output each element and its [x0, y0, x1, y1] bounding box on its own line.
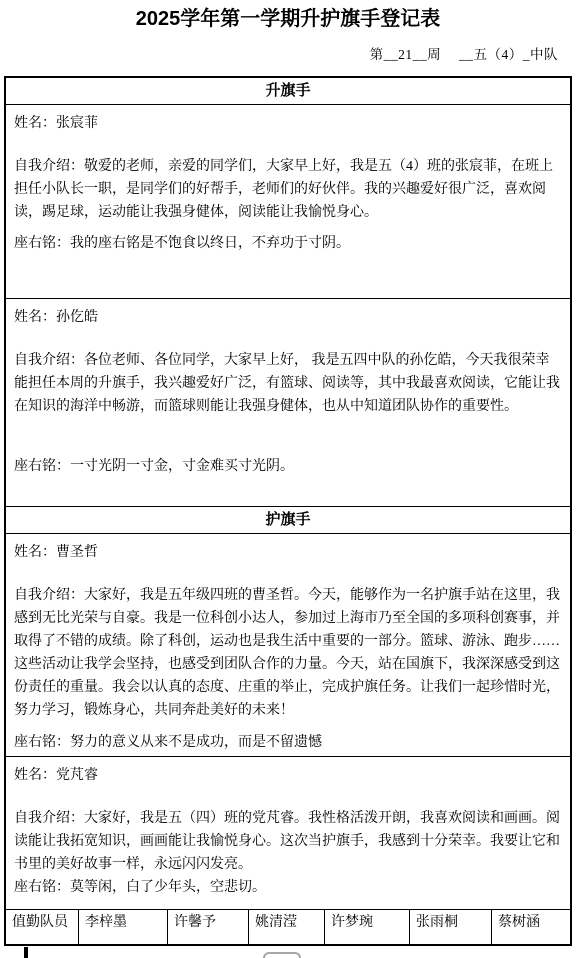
duty-member: 许梦琬 — [325, 910, 410, 944]
intro-label: 自我介绍： — [14, 353, 84, 368]
intro-label: 自我介绍： — [14, 588, 84, 603]
student-intro: 大家好，我是五年级四班的曹圣哲。今天，能够作为一名护旗手站在这里，我感到无比光荣… — [14, 588, 560, 718]
registration-table: 升旗手 姓名：张宸菲 自我介绍：敬爱的老师，亲爱的同学们，大家早上好，我是五（4… — [4, 76, 572, 946]
student-name: 张宸菲 — [56, 116, 98, 131]
motto-label: 座右铭： — [14, 236, 70, 251]
section-header-flag-escort: 护旗手 — [6, 507, 570, 534]
duty-member: 许馨予 — [168, 910, 249, 944]
motto-label: 座右铭： — [14, 459, 70, 474]
name-label: 姓名： — [14, 545, 56, 560]
duty-member: 蔡树涵 — [492, 910, 570, 944]
section-header-flag-raiser: 升旗手 — [6, 78, 570, 105]
name-label: 姓名： — [14, 310, 56, 325]
student-motto: 一寸光阴一寸金，寸金难买寸光阴。 — [70, 459, 294, 474]
student-cell-dangpengrui[interactable]: 姓名：党芃睿 自我介绍：大家好，我是五（四）班的党芃睿。我性格活泼开朗，我喜欢阅… — [6, 757, 570, 910]
student-name: 党芃睿 — [56, 768, 98, 783]
student-intro: 敬爱的老师，亲爱的同学们，大家早上好，我是五（4）班的张宸菲，在班上担任小队长一… — [14, 159, 553, 220]
student-motto: 我的座右铭是不饱食以终日，不弃功于寸阴。 — [70, 236, 350, 251]
student-intro: 大家好，我是五（四）班的党芃睿。我性格活泼开朗，我喜欢阅读和画画。阅读能让我拓宽… — [14, 811, 560, 872]
student-name: 孙仡皓 — [56, 310, 98, 325]
motto-label: 座右铭： — [14, 735, 70, 750]
student-motto: 努力的意义从来不是成功，而是不留遗憾 — [70, 735, 322, 750]
week-and-squad-line: 第__21__周 __五（4）_中队 — [0, 43, 576, 63]
page-title: 2025学年第一学期升护旗手登记表 — [0, 6, 576, 32]
student-name: 曹圣哲 — [56, 545, 98, 560]
student-intro: 各位老师、各位同学，大家早上好， 我是五四中队的孙仡皓，今天我很荣幸能担任本周的… — [14, 353, 560, 414]
duty-members-row: 值勤队员 李梓墨 许馨予 姚清滢 许梦琬 张雨桐 蔡树涵 — [6, 910, 570, 944]
intro-label: 自我介绍： — [14, 811, 84, 826]
student-cell-sunyihao[interactable]: 姓名：孙仡皓 自我介绍：各位老师、各位同学，大家早上好， 我是五四中队的孙仡皓，… — [6, 299, 570, 507]
page-widget-button[interactable] — [263, 952, 301, 958]
duty-member: 李梓墨 — [79, 910, 168, 944]
duty-member: 张雨桐 — [410, 910, 492, 944]
student-motto: 莫等闲，白了少年头，空悲切。 — [70, 880, 266, 895]
motto-label: 座右铭： — [14, 880, 70, 895]
name-label: 姓名： — [14, 116, 56, 131]
name-label: 姓名： — [14, 768, 56, 783]
intro-label: 自我介绍： — [14, 159, 84, 174]
student-cell-caoshengzhe[interactable]: 姓名：曹圣哲 自我介绍：大家好，我是五年级四班的曹圣哲。今天，能够作为一名护旗手… — [6, 534, 570, 757]
duty-member: 姚清滢 — [249, 910, 325, 944]
text-cursor — [24, 947, 28, 958]
duty-row-label: 值勤队员 — [6, 910, 79, 944]
student-cell-zhangchenfei[interactable]: 姓名：张宸菲 自我介绍：敬爱的老师，亲爱的同学们，大家早上好，我是五（4）班的张… — [6, 105, 570, 299]
document-page[interactable]: { "page": { "title": "2025学年第一学期升护旗手登记表"… — [0, 0, 576, 958]
